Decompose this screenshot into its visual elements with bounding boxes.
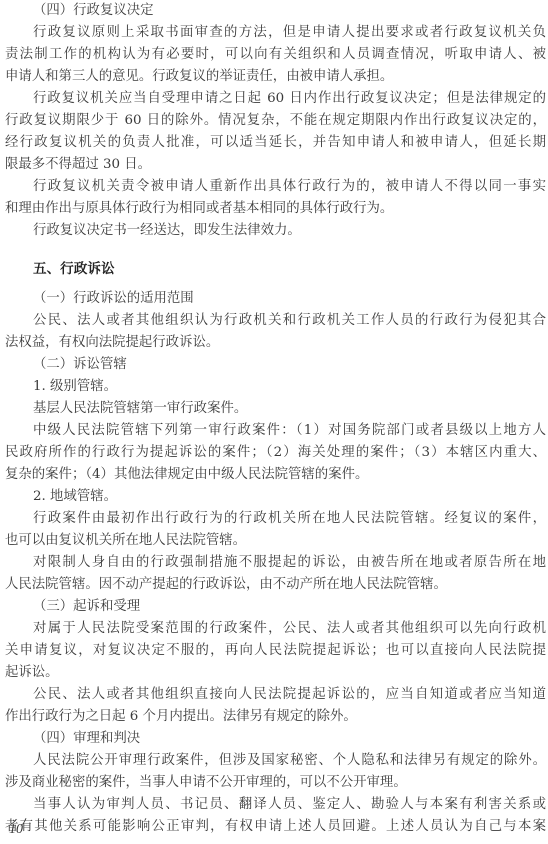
- text-line: 复杂的案件；（4）其他法律规定由中级人民法院管辖的案件。: [5, 464, 546, 486]
- text-line: 行政复议期限少于 60 日的除外。情况复杂，不能在规定期限内作出行政复议决定的，: [5, 110, 546, 132]
- text-line: 对限制人身自由的行政强制措施不服提起的诉讼，由被告所在地或者原告所在地: [5, 552, 546, 574]
- text-line: 申请人和第三人的意见。行政复议的举证责任，由被申请人承担。: [5, 66, 546, 88]
- text-line: 对属于人民法院受案范围的行政案件，公民、法人或者其他组织可以先向行政机: [5, 618, 546, 640]
- text-line: 公民、法人或者其他组织认为行政机关和行政机关工作人员的行政行为侵犯其合: [5, 310, 546, 332]
- text-line: 者有其他关系可能影响公正审判，有权申请上述人员回避。上述人员认为自己与本案: [5, 816, 546, 838]
- text-line: 人民法院管辖。因不动产提起的行政诉讼，由不动产所在地人民法院管辖。: [5, 574, 546, 596]
- text-line: 1. 级别管辖。: [5, 376, 546, 398]
- section-administrative-review-decision: （四）行政复议决定行政复议原则上采取书面审查的方法，但是申请人提出要求或者行政复…: [5, 0, 546, 242]
- text-line: 和理由作出与原具体行政行为相同或者基本相同的具体行政行为。: [5, 198, 546, 220]
- text-line: （二）诉讼管辖: [5, 354, 546, 376]
- text-line: 民政府所作的行政行为提起诉讼的案件；（2）海关处理的案件；（3）本辖区内重大、: [5, 442, 546, 464]
- text-line: 也可以由复议机关所在地人民法院管辖。: [5, 530, 546, 552]
- text-line: 涉及商业秘密的案件，当事人申请不公开审理的，可以不公开审理。: [5, 772, 546, 794]
- text-line: 当事人认为审判人员、书记员、翻译人员、鉴定人、勘验人与本案有利害关系或: [5, 794, 546, 816]
- text-line: 作出行政行为之日起 6 个月内提出。法律另有规定的除外。: [5, 706, 546, 728]
- text-line: 经行政复议机关的负责人批准，可以适当延长，并告知申请人和被申请人，但延长期: [5, 132, 546, 154]
- section-heading: 五、行政诉讼: [5, 258, 546, 280]
- spacer: [5, 242, 546, 258]
- text-line: 公民、法人或者其他组织直接向人民法院提起诉讼的，应当自知道或者应当知道: [5, 684, 546, 706]
- text-line: 行政案件由最初作出行政行为的行政机关所在地人民法院管辖。经复议的案件，: [5, 508, 546, 530]
- text-line: 关申请复议，对复议决定不服的，再向人民法院提起诉讼；也可以直接向人民法院提: [5, 640, 546, 662]
- text-line: 2. 地域管辖。: [5, 486, 546, 508]
- text-line: 责法制工作的机构认为有必要时，可以向有关组织和人员调查情况，听取申请人、被: [5, 44, 546, 66]
- text-line: 行政复议机关责令被申请人重新作出具体行政行为的，被申请人不得以同一事实: [5, 176, 546, 198]
- text-line: 基层人民法院管辖第一审行政案件。: [5, 398, 546, 420]
- document-page: （四）行政复议决定行政复议原则上采取书面审查的方法，但是申请人提出要求或者行政复…: [5, 0, 546, 838]
- text-line: （四）行政复议决定: [5, 0, 546, 22]
- text-line: 行政复议机关应当自受理申请之日起 60 日内作出行政复议决定；但是法律规定的: [5, 88, 546, 110]
- text-line: 行政复议决定书一经送达，即发生法律效力。: [5, 220, 546, 242]
- text-line: （三）起诉和受理: [5, 596, 546, 618]
- text-line: 中级人民法院管辖下列第一审行政案件：（1）对国务院部门或者县级以上地方人: [5, 420, 546, 442]
- spacer: [5, 280, 546, 288]
- text-line: （四）审理和判决: [5, 728, 546, 750]
- text-line: 法权益，有权向法院提起行政诉讼。: [5, 332, 546, 354]
- section-administrative-litigation: （一）行政诉讼的适用范围公民、法人或者其他组织认为行政机关和行政机关工作人员的行…: [5, 288, 546, 838]
- text-line: 限最多不得超过 30 日。: [5, 154, 546, 176]
- text-line: 人民法院公开审理行政案件，但涉及国家秘密、个人隐私和法律另有规定的除外。: [5, 750, 546, 772]
- text-line: 行政复议原则上采取书面审查的方法，但是申请人提出要求或者行政复议机关负: [5, 22, 546, 44]
- text-line: （一）行政诉讼的适用范围: [5, 288, 546, 310]
- text-line: 起诉讼。: [5, 662, 546, 684]
- page-number: 10: [9, 822, 23, 838]
